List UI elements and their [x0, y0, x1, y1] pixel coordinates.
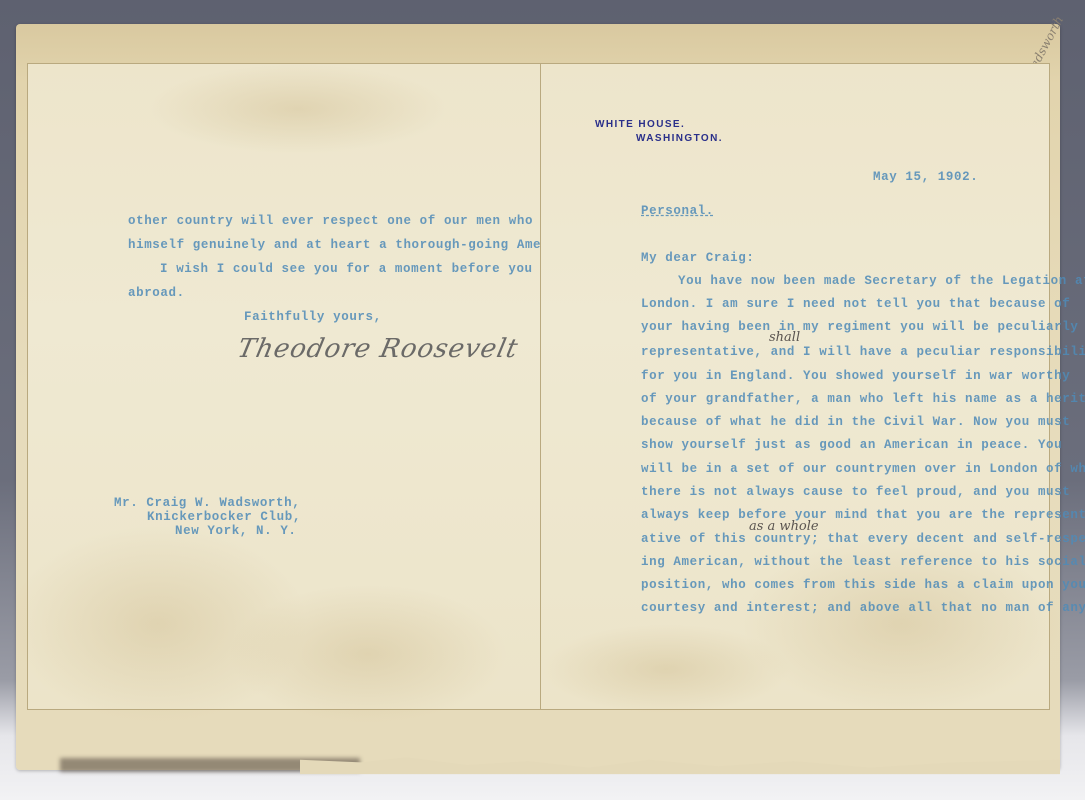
body-line: abroad. — [128, 286, 185, 300]
body-line: there is not always cause to feel proud,… — [641, 485, 1070, 499]
body-line: London. I am sure I need not tell you th… — [641, 297, 1070, 311]
body-line: You have now been made Secretary of the … — [678, 274, 1085, 288]
body-line: ing American, without the least referenc… — [641, 555, 1085, 569]
letterhead-line-1: WHITE HOUSE. — [595, 119, 685, 130]
letterhead-line-2: WASHINGTON. — [636, 133, 723, 144]
body-line: I wish I could see you for a moment befo… — [160, 262, 557, 276]
body-line: ative of this country; that every decent… — [641, 532, 1085, 546]
water-stain — [148, 64, 448, 154]
body-line: show yourself just as good an American i… — [641, 438, 1062, 452]
signature: Theodore Roosevelt — [235, 334, 521, 364]
personal-heading: Personal. — [641, 204, 714, 218]
body-line: himself genuinely and at heart a thoroug… — [128, 238, 590, 252]
handwritten-insertion: shall — [769, 330, 800, 345]
body-line: always keep before your mind that you ar… — [641, 508, 1085, 522]
date: May 15, 1902. — [873, 170, 978, 184]
body-line: for you in England. You showed yourself … — [641, 369, 1070, 383]
body-line: of your grandfather, a man who left his … — [641, 392, 1085, 406]
address-line: New York, N. Y. — [175, 524, 297, 538]
address-line: Mr. Craig W. Wadsworth, — [114, 496, 300, 510]
body-line: position, who comes from this side has a… — [641, 578, 1085, 592]
water-stain — [541, 624, 791, 714]
body-line: because of what he did in the Civil War.… — [641, 415, 1070, 429]
body-line: other country will ever respect one of o… — [128, 214, 590, 228]
closing: Faithfully yours, — [244, 310, 382, 324]
body-line: your having been in my regiment you will… — [641, 320, 1085, 334]
body-line: courtesy and interest; and above all tha… — [641, 601, 1085, 615]
salutation: My dear Craig: — [641, 251, 754, 265]
body-line: will be in a set of our countrymen over … — [641, 462, 1085, 476]
water-stain — [228, 584, 508, 724]
letter-page-2: other country will ever respect one of o… — [27, 63, 541, 710]
address-line: Knickerbocker Club, — [147, 510, 301, 524]
body-line: representative, and I will have a peculi… — [641, 345, 1085, 359]
letter-page-1: WHITE HOUSE. WASHINGTON. May 15, 1902. P… — [540, 63, 1050, 710]
